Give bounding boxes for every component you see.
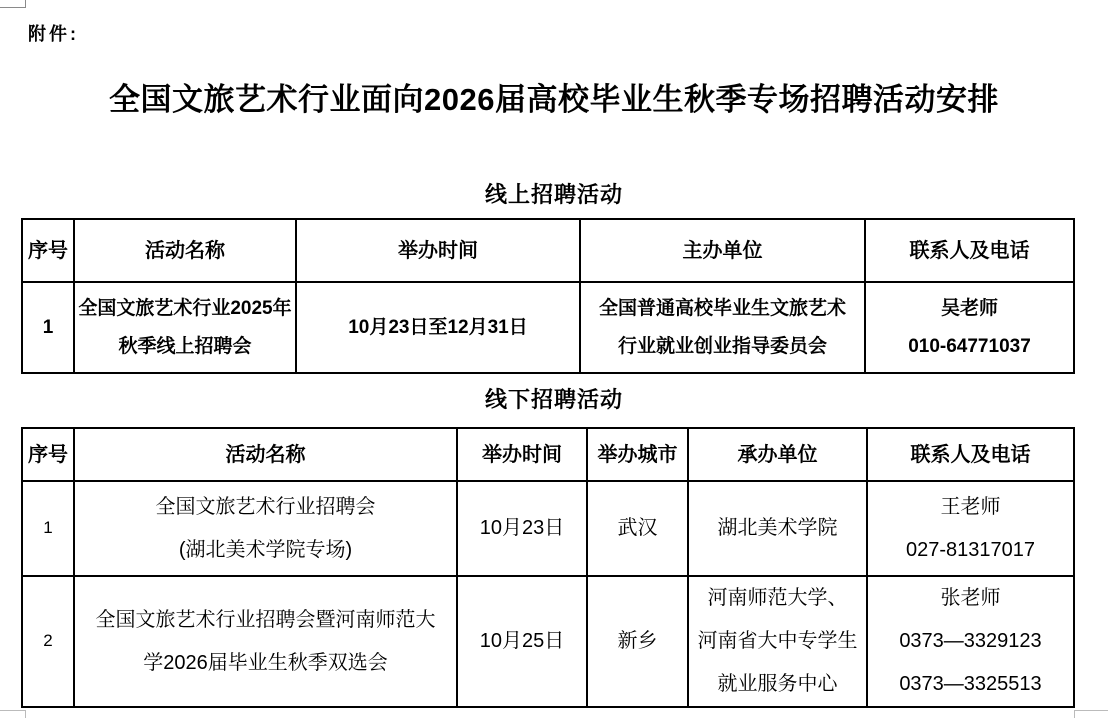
- online-header-organizer: 主办单位: [580, 219, 865, 282]
- offline-row2-undertaker: 河南师范大学、 河南省大中专学生 就业服务中心: [688, 576, 867, 707]
- offline-header-undertaker: 承办单位: [688, 428, 867, 481]
- offline-header-city: 举办城市: [587, 428, 688, 481]
- offline-header-serial: 序号: [22, 428, 74, 481]
- offline-row1-contact: 王老师 027-81317017: [867, 481, 1074, 576]
- online-row1-organizer: 全国普通高校毕业生文旅艺术 行业就业创业指导委员会: [580, 282, 865, 373]
- online-row1-time: 10月23日至12月31日: [296, 282, 580, 373]
- text-boundary-corner-mark: [0, 0, 26, 8]
- offline-row2-activity-name: 全国文旅艺术行业招聘会暨河南师范大 学2026届毕业生秋季双选会: [74, 576, 457, 707]
- offline-section-heading: 线下招聘活动: [0, 383, 1108, 414]
- online-header-activity-name: 活动名称: [74, 219, 296, 282]
- offline-row2-city: 新乡: [587, 576, 688, 707]
- table-row: 2 全国文旅艺术行业招聘会暨河南师范大 学2026届毕业生秋季双选会 10月25…: [22, 576, 1074, 707]
- offline-recruitment-table: 序号 活动名称 举办时间 举办城市 承办单位 联系人及电话 1 全国文旅艺术行业…: [21, 427, 1075, 708]
- offline-row2-contact: 张老师 0373—3329123 0373—3325513: [867, 576, 1074, 707]
- attachment-label: 附件:: [28, 20, 79, 46]
- offline-row2-serial: 2: [22, 576, 74, 707]
- online-row1-activity-name: 全国文旅艺术行业2025年 秋季线上招聘会: [74, 282, 296, 373]
- online-row1-contact: 吴老师 010-64771037: [865, 282, 1074, 373]
- online-header-contact: 联系人及电话: [865, 219, 1074, 282]
- text-boundary-corner-mark: [0, 710, 26, 718]
- text-boundary-corner-mark: [1074, 710, 1108, 718]
- offline-row1-undertaker: 湖北美术学院: [688, 481, 867, 576]
- offline-row1-activity-name: 全国文旅艺术行业招聘会 (湖北美术学院专场): [74, 481, 457, 576]
- offline-row1-city: 武汉: [587, 481, 688, 576]
- offline-table-header-row: 序号 活动名称 举办时间 举办城市 承办单位 联系人及电话: [22, 428, 1074, 481]
- online-table-header-row: 序号 活动名称 举办时间 主办单位 联系人及电话: [22, 219, 1074, 282]
- table-row: 1 全国文旅艺术行业招聘会 (湖北美术学院专场) 10月23日 武汉 湖北美术学…: [22, 481, 1074, 576]
- online-header-time: 举办时间: [296, 219, 580, 282]
- offline-header-time: 举办时间: [457, 428, 587, 481]
- offline-row1-time: 10月23日: [457, 481, 587, 576]
- online-section-heading: 线上招聘活动: [0, 178, 1108, 209]
- online-header-serial: 序号: [22, 219, 74, 282]
- offline-row1-serial: 1: [22, 481, 74, 576]
- online-row1-serial: 1: [22, 282, 74, 373]
- online-recruitment-table: 序号 活动名称 举办时间 主办单位 联系人及电话 1 全国文旅艺术行业2025年…: [21, 218, 1075, 374]
- page-title: 全国文旅艺术行业面向2026届高校毕业生秋季专场招聘活动安排: [0, 74, 1108, 119]
- offline-header-activity-name: 活动名称: [74, 428, 457, 481]
- table-row: 1 全国文旅艺术行业2025年 秋季线上招聘会 10月23日至12月31日 全国…: [22, 282, 1074, 373]
- offline-row2-time: 10月25日: [457, 576, 587, 707]
- offline-header-contact: 联系人及电话: [867, 428, 1074, 481]
